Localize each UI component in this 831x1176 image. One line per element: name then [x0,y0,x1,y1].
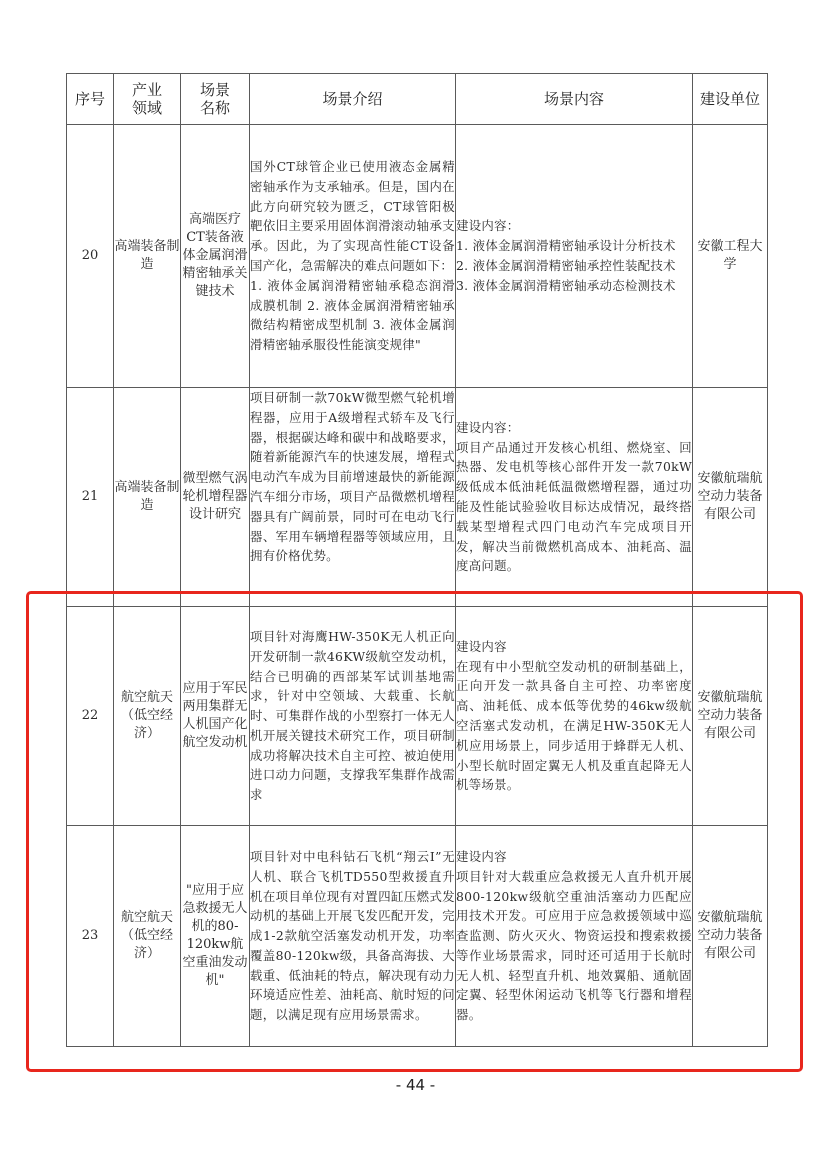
row-seq: 22 [67,607,114,826]
header-seq: 序号 [67,74,114,125]
row-scene-name: "应用于应急救援无人机的80-120kw航空重油发动机" [181,826,250,1047]
header-content: 场景内容 [456,74,693,125]
row-industry: 航空航天（低空经济） [114,826,181,1047]
scene-table: 序号 产业 领域 场景 名称 场景介绍 场景内容 建设单位 20 高端装备制造 … [66,73,768,1047]
table-row: 22 航空航天（低空经济） 应用于军民两用集群无人机国产化航空发动机 项目针对海… [67,607,768,826]
row-content: 建设内容 项目针对大载重应急救援无人直升机开展800-120kw级航空重油活塞动… [456,826,693,1047]
row-content: 建设内容： 1. 液体金属润滑精密轴承设计分析技术 2. 液体金属润滑精密轴承控… [456,125,693,388]
row-intro: 项目针对海鹰HW-350K无人机正向开发研制一款46KW级航空发动机，结合已明确… [250,607,456,826]
row-intro: 项目针对中电科钻石飞机“翔云I”无人机、联合飞机TD550型救援直升机在项目单位… [250,826,456,1047]
row-unit: 安徽工程大学 [693,125,768,388]
row-intro: 项目研制一款70kW微型燃气轮机增程器，应用于A级增程式轿车及飞行器，根据碳达峰… [250,388,456,607]
header-intro: 场景介绍 [250,74,456,125]
row-industry: 高端装备制造 [114,125,181,388]
row-content: 建设内容 在现有中小型航空发动机的研制基础上，正向开发一款具备自主可控、功率密度… [456,607,693,826]
row-content: 建设内容： 项目产品通过开发核心机组、燃烧室、回热器、发电机等核心部件开发一款7… [456,388,693,607]
document-page: 序号 产业 领域 场景 名称 场景介绍 场景内容 建设单位 20 高端装备制造 … [0,0,831,1176]
row-industry: 高端装备制造 [114,388,181,607]
header-scene-name: 场景 名称 [181,74,250,125]
row-seq: 20 [67,125,114,388]
row-scene-name: 高端医疗CT装备液体金属润滑精密轴承关键技术 [181,125,250,388]
row-seq: 23 [67,826,114,1047]
row-scene-name: 应用于军民两用集群无人机国产化航空发动机 [181,607,250,826]
row-intro: 国外CT球管企业已使用液态金属精密轴承作为支承轴承。但是，国内在此方向研究较为匮… [250,125,456,388]
table-row: 21 高端装备制造 微型燃气涡轮机增程器设计研究 项目研制一款70kW微型燃气轮… [67,388,768,607]
row-scene-name: 微型燃气涡轮机增程器设计研究 [181,388,250,607]
row-unit: 安徽航瑞航空动力装备有限公司 [693,826,768,1047]
header-unit: 建设单位 [693,74,768,125]
row-seq: 21 [67,388,114,607]
page-number: - 44 - [0,1076,831,1094]
table-header-row: 序号 产业 领域 场景 名称 场景介绍 场景内容 建设单位 [67,74,768,125]
table-row: 23 航空航天（低空经济） "应用于应急救援无人机的80-120kw航空重油发动… [67,826,768,1047]
row-unit: 安徽航瑞航空动力装备有限公司 [693,388,768,607]
row-industry: 航空航天（低空经济） [114,607,181,826]
row-unit: 安徽航瑞航空动力装备有限公司 [693,607,768,826]
table-row: 20 高端装备制造 高端医疗CT装备液体金属润滑精密轴承关键技术 国外CT球管企… [67,125,768,388]
header-industry: 产业 领域 [114,74,181,125]
